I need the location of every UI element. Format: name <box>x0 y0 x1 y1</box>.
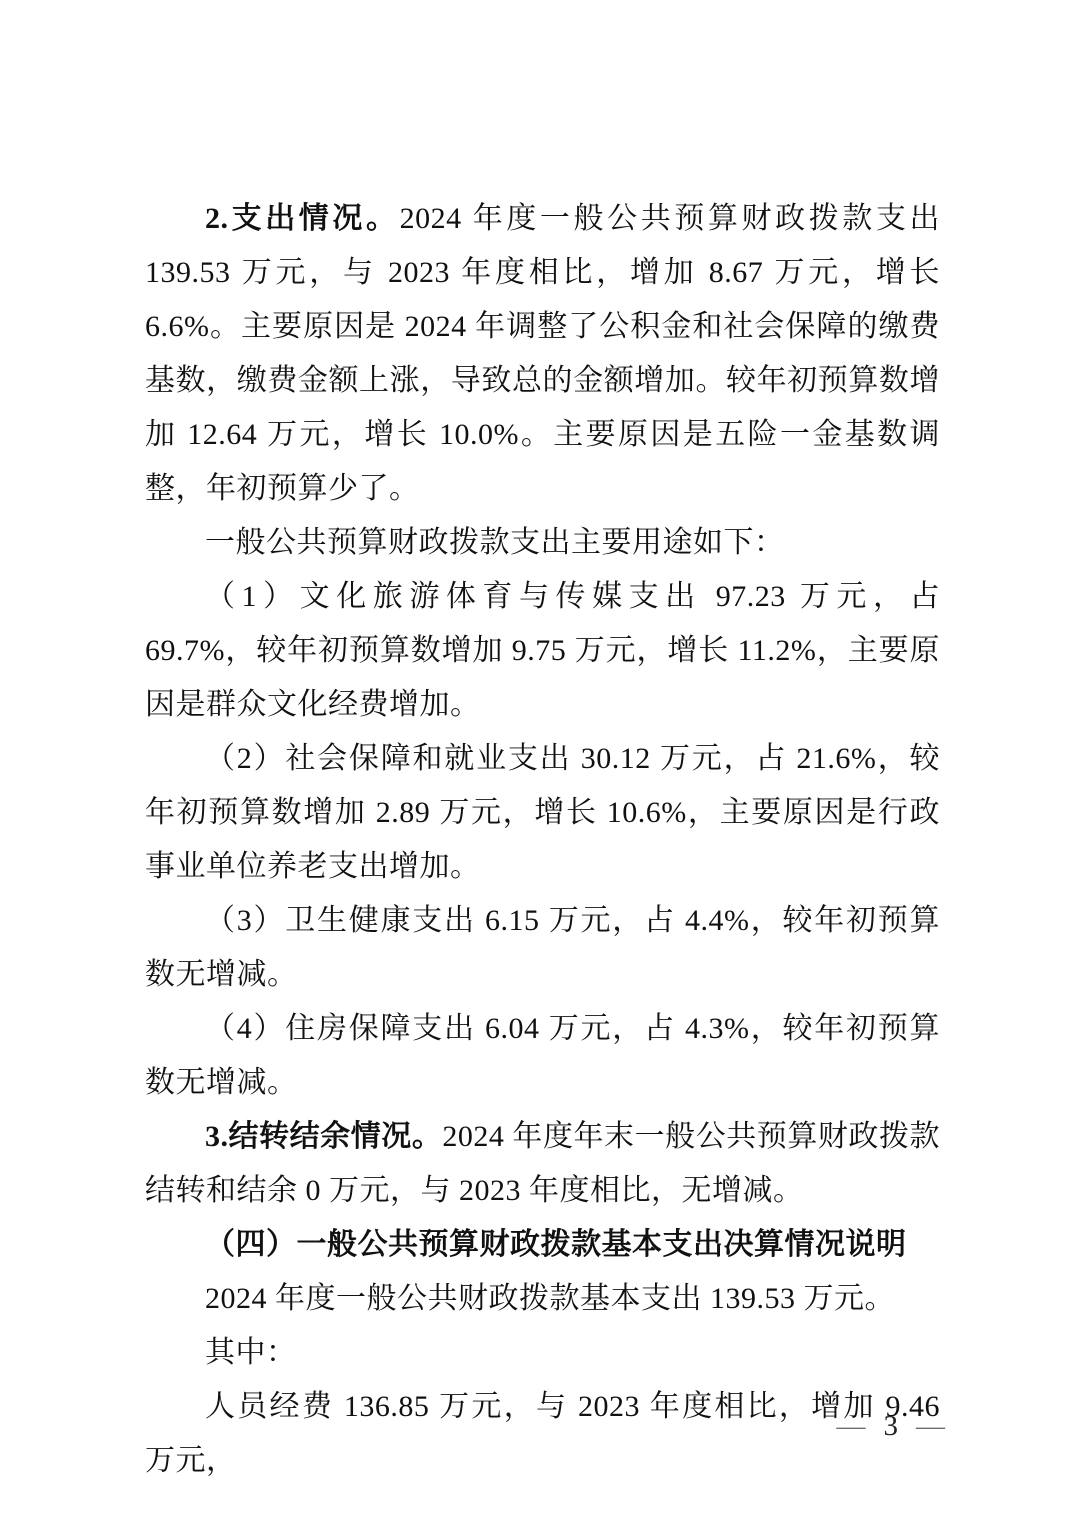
paragraph-text: 2024 年度一般公共财政拨款基本支出 139.53 万元。 <box>205 1282 895 1315</box>
paragraph-lead: （四）一般公共预算财政拨款基本支出决算情况说明 <box>205 1228 907 1261</box>
page-number: 3 <box>884 1410 899 1442</box>
paragraph-among-which: 其中： <box>145 1326 940 1380</box>
footer-dash-left: — <box>837 1410 866 1442</box>
paragraph-text: 其中： <box>205 1336 297 1369</box>
page-footer: —3— <box>837 1410 946 1442</box>
paragraph-lead: 2.支出情况。 <box>205 202 400 235</box>
heading-section-4-basic-expenditure: （四）一般公共预算财政拨款基本支出决算情况说明 <box>145 1218 940 1272</box>
paragraph-text: 一般公共预算财政拨款支出主要用途如下： <box>205 526 785 559</box>
paragraph-usage-intro: 一般公共预算财政拨款支出主要用途如下： <box>145 516 940 570</box>
document-body: 2.支出情况。2024 年度一般公共预算财政拨款支出 139.53 万元，与 2… <box>145 192 940 1488</box>
paragraph-text: （2）社会保障和就业支出 30.12 万元，占 21.6%，较年初预算数增加 2… <box>145 742 940 883</box>
paragraph-text: 2024 年度一般公共预算财政拨款支出 139.53 万元，与 2023 年度相… <box>145 202 940 505</box>
paragraph-item-1-culture-tourism: （1）文化旅游体育与传媒支出 97.23 万元，占 69.7%，较年初预算数增加… <box>145 570 940 732</box>
paragraph-item-2-social-security: （2）社会保障和就业支出 30.12 万元，占 21.6%，较年初预算数增加 2… <box>145 732 940 894</box>
paragraph-expenditure-overview: 2.支出情况。2024 年度一般公共预算财政拨款支出 139.53 万元，与 2… <box>145 192 940 516</box>
paragraph-basic-expenditure-total: 2024 年度一般公共财政拨款基本支出 139.53 万元。 <box>145 1272 940 1326</box>
paragraph-item-3-health: （3）卫生健康支出 6.15 万元，占 4.4%，较年初预算数无增减。 <box>145 894 940 1002</box>
paragraph-carryover-balance: 3.结转结余情况。2024 年度年末一般公共预算财政拨款结转和结余 0 万元，与… <box>145 1110 940 1218</box>
paragraph-item-4-housing: （4）住房保障支出 6.04 万元，占 4.3%，较年初预算数无增减。 <box>145 1002 940 1110</box>
paragraph-text: （4）住房保障支出 6.04 万元，占 4.3%，较年初预算数无增减。 <box>145 1012 940 1099</box>
paragraph-text: （3）卫生健康支出 6.15 万元，占 4.4%，较年初预算数无增减。 <box>145 904 940 991</box>
paragraph-personnel-expense: 人员经费 136.85 万元，与 2023 年度相比，增加 9.46 万元， <box>145 1380 940 1488</box>
paragraph-lead: 3.结转结余情况。 <box>205 1120 442 1153</box>
paragraph-text: 人员经费 136.85 万元，与 2023 年度相比，增加 9.46 万元， <box>145 1390 940 1477</box>
paragraph-text: （1）文化旅游体育与传媒支出 97.23 万元，占 69.7%，较年初预算数增加… <box>145 580 940 721</box>
footer-dash-right: — <box>916 1410 945 1442</box>
document-page: 2.支出情况。2024 年度一般公共预算财政拨款支出 139.53 万元，与 2… <box>0 0 1075 1520</box>
